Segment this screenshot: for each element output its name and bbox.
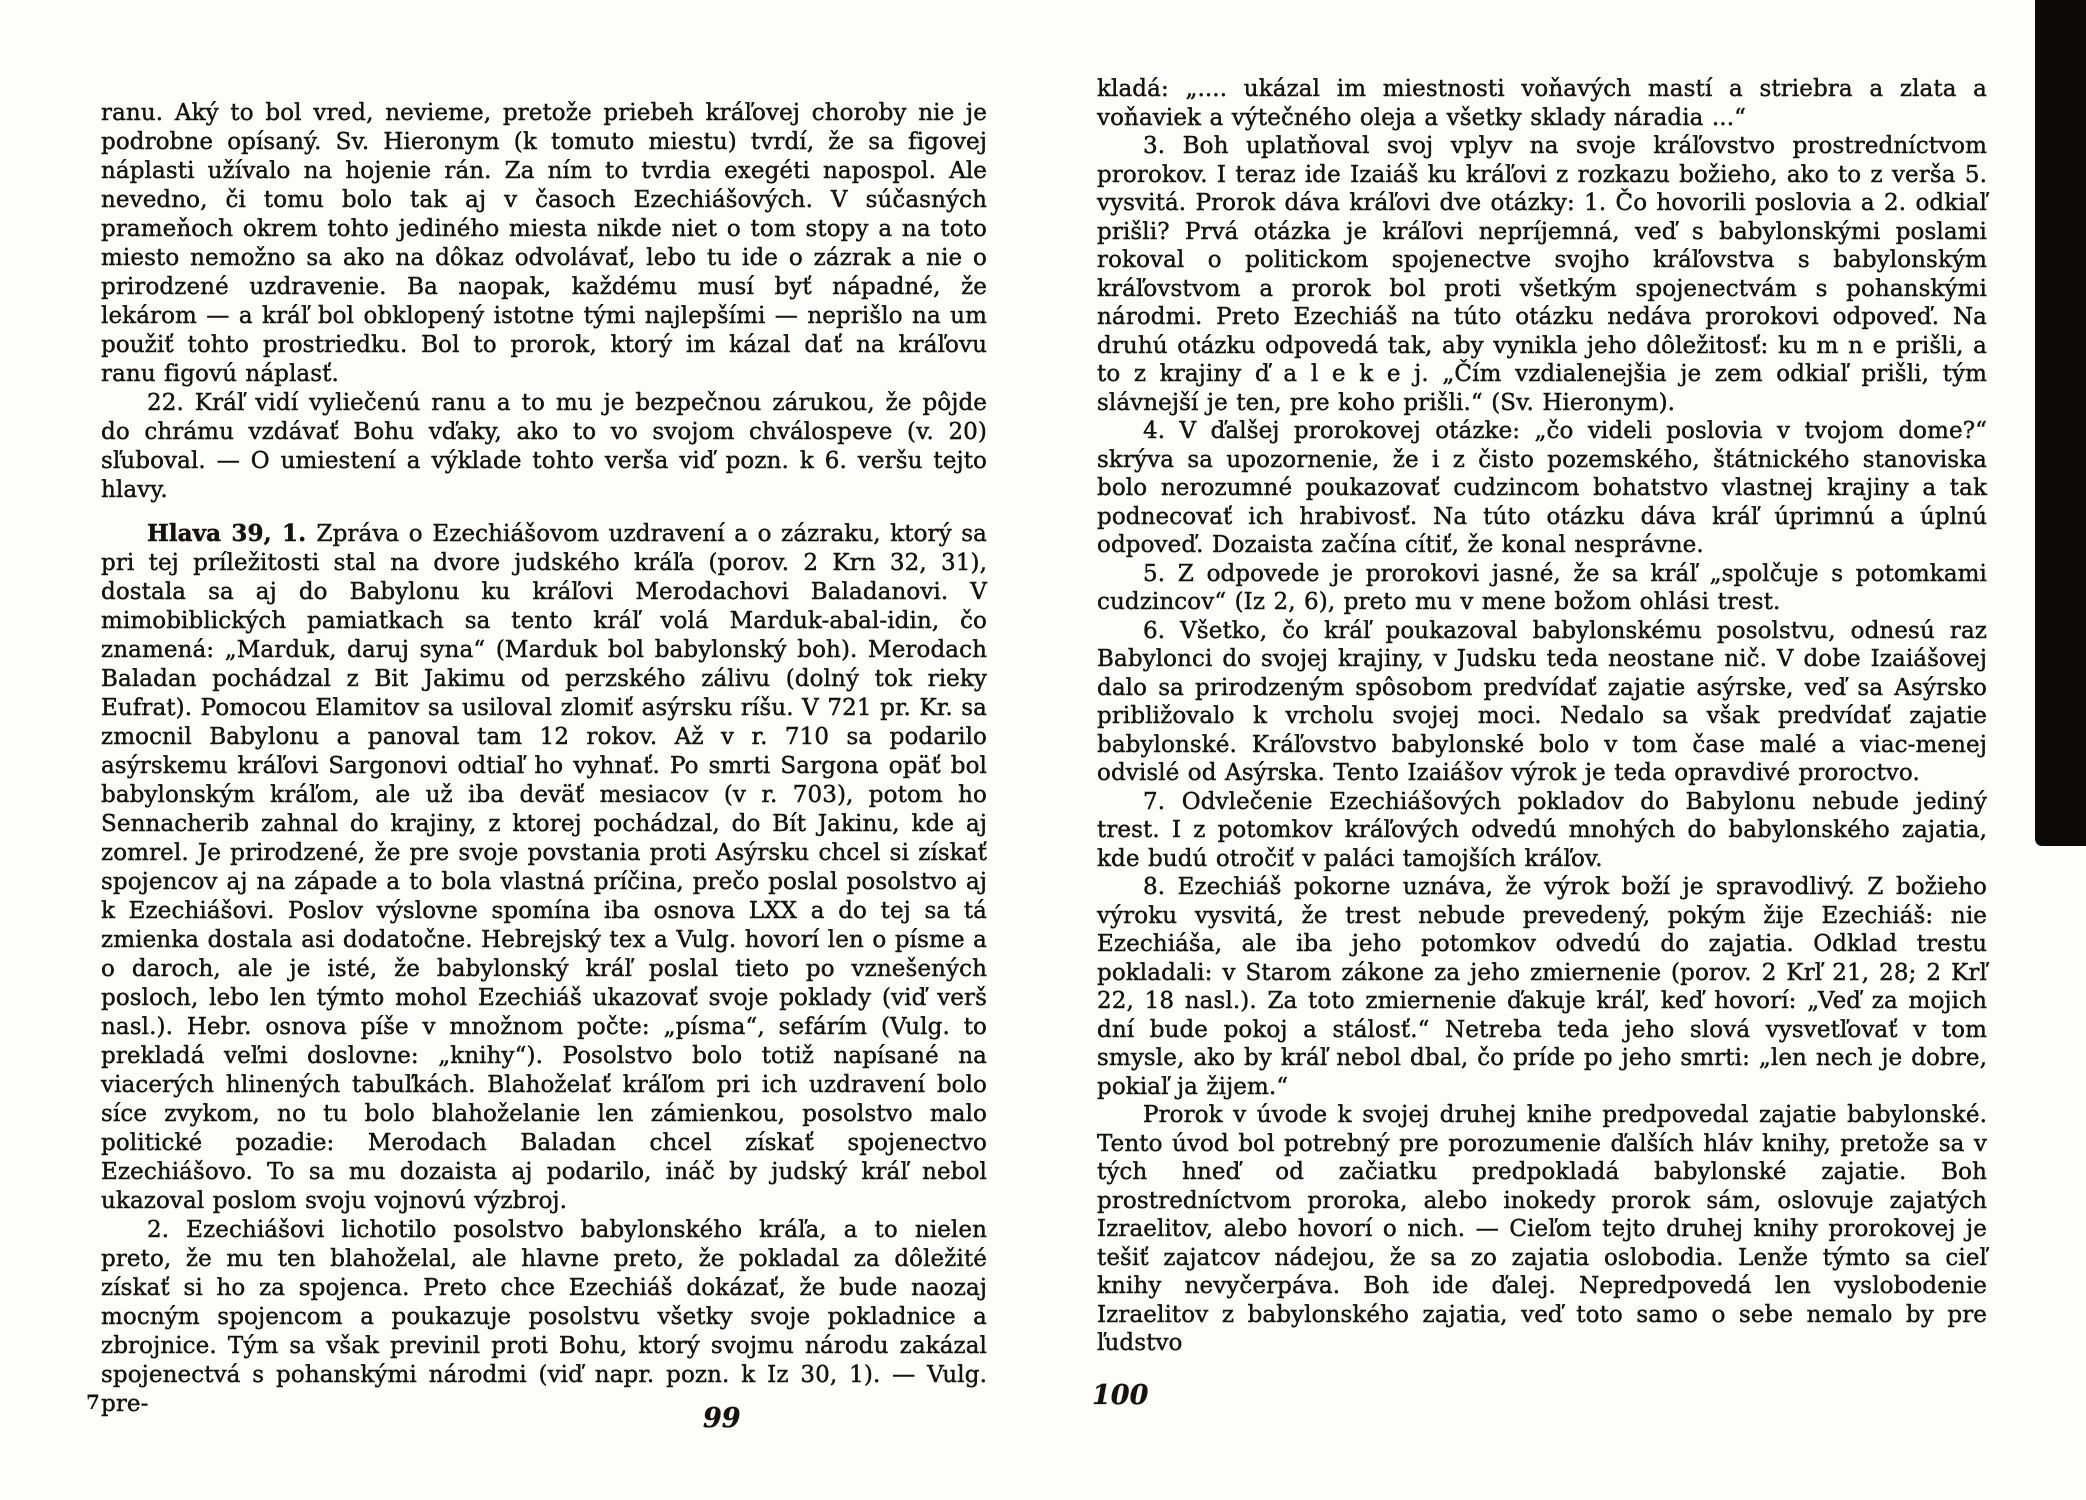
left-page: ranu. Aký to bol vred, nevieme, pretože … [101, 99, 987, 1419]
paragraph-text: Zpráva o Ezechiášovom uzdravení a o zázr… [101, 521, 987, 1214]
paragraph: 4. V ďalšej prorokovej otázke: „čo videl… [1097, 417, 1987, 560]
paragraph: Prorok v úvode k svojej druhej knihe pre… [1097, 1101, 1987, 1358]
right-page: kladá: „.... ukázal im miestnosti voňavý… [1097, 75, 1987, 1358]
scan-edge-band [2035, 0, 2086, 846]
paragraph: 8. Ezechiáš pokorne uznáva, že výrok bož… [1097, 873, 1987, 1101]
paragraph: ranu. Aký to bol vred, nevieme, pretože … [101, 99, 987, 389]
paragraph: Hlava 39, 1.Zpráva o Ezechiášovom uzdrav… [101, 519, 987, 1216]
section-heading: Hlava 39, 1. [147, 520, 306, 547]
paragraph: 22. Kráľ vidí vyliečenú ranu a to mu je … [101, 389, 987, 505]
paragraph: 3. Boh uplatňoval svoj vplyv na svoje kr… [1097, 132, 1987, 417]
paragraph: 2. Ezechiášovi lichotilo posolstvo babyl… [101, 1216, 987, 1419]
paragraph: kladá: „.... ukázal im miestnosti voňavý… [1097, 75, 1987, 132]
page-number-right: 100 [1092, 1380, 1148, 1411]
page-number-left: 99 [703, 1403, 741, 1434]
signature-mark: 7 [86, 1390, 100, 1414]
paragraph: 5. Z odpovede je prorokovi jasné, že sa … [1097, 560, 1987, 617]
paragraph: 6. Všetko, čo kráľ poukazoval babylonské… [1097, 617, 1987, 788]
paragraph: 7. Odvlečenie Ezechiášových pokladov do … [1097, 788, 1987, 874]
